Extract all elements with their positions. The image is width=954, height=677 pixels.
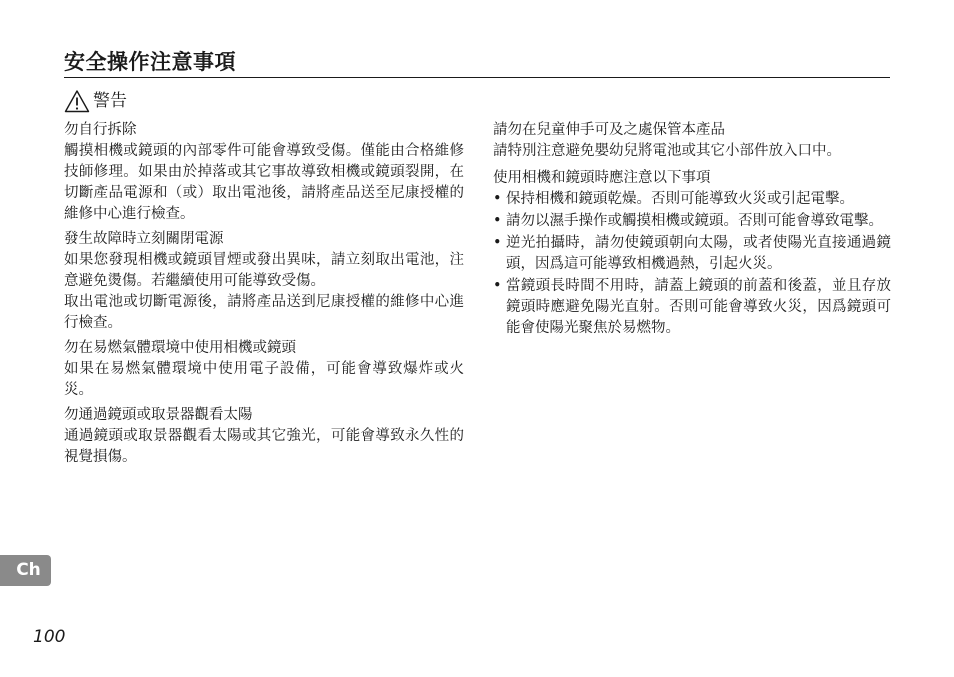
warning-heading: 警告	[64, 89, 127, 113]
section-body: 如果您發現相機或鏡頭冒煙或發出異味，請立刻取出電池，注意避免燙傷。若繼續使用可能…	[64, 250, 464, 292]
warning-label: 警告	[93, 89, 127, 113]
section-do-not-disassemble: 勿自行拆除 觸摸相機或鏡頭的內部零件可能會導致受傷。僅能由合格維修技師修理。如果…	[64, 120, 464, 225]
section-heading: 請勿在兒童伸手可及之處保管本產品	[493, 120, 891, 141]
language-tab-label: Ch	[10, 560, 41, 580]
warning-triangle-icon	[64, 89, 90, 113]
title-divider	[64, 77, 890, 78]
section-usage-precautions: 使用相機和鏡頭時應注意以下事項 •保持相機和鏡頭乾燥。否則可能導致火災或引起電擊…	[493, 168, 891, 339]
list-item: •請勿以濕手操作或觸摸相機或鏡頭。否則可能會導致電擊。	[493, 211, 891, 232]
section-power-off-on-malfunction: 發生故障時立刻關閉電源 如果您發現相機或鏡頭冒煙或發出異味，請立刻取出電池，注意…	[64, 229, 464, 334]
bullet-icon: •	[493, 233, 502, 254]
section-body: 通過鏡頭或取景器觀看太陽或其它強光，可能會導致永久性的視覺損傷。	[64, 426, 464, 468]
list-item: •當鏡頭長時間不用時，請蓋上鏡頭的前蓋和後蓋，並且存放鏡頭時應避免陽光直射。否則…	[493, 276, 891, 339]
section-body: 請特別注意避免嬰幼兒將電池或其它小部件放入口中。	[493, 141, 891, 162]
bullet-icon: •	[493, 211, 502, 232]
section-body: 觸摸相機或鏡頭的內部零件可能會導致受傷。僅能由合格維修技師修理。如果由於掉落或其…	[64, 141, 464, 225]
right-column: 請勿在兒童伸手可及之處保管本產品 請特別注意避免嬰幼兒將電池或其它小部件放入口中…	[493, 120, 891, 343]
page-number: 100	[33, 627, 65, 647]
section-heading: 勿在易燃氣體環境中使用相機或鏡頭	[64, 338, 464, 359]
page-title: 安全操作注意事項	[64, 49, 236, 75]
section-keep-from-children: 請勿在兒童伸手可及之處保管本產品 請特別注意避免嬰幼兒將電池或其它小部件放入口中…	[493, 120, 891, 162]
bullet-icon: •	[493, 189, 502, 210]
list-item-text: 當鏡頭長時間不用時，請蓋上鏡頭的前蓋和後蓋，並且存放鏡頭時應避免陽光直射。否則可…	[506, 278, 891, 336]
section-do-not-view-sun: 勿通過鏡頭或取景器觀看太陽 通過鏡頭或取景器觀看太陽或其它強光，可能會導致永久性…	[64, 405, 464, 468]
section-heading: 發生故障時立刻關閉電源	[64, 229, 464, 250]
list-item: •逆光拍攝時，請勿使鏡頭朝向太陽，或者使陽光直接通過鏡頭，因爲這可能導致相機過熱…	[493, 233, 891, 275]
section-body-continued: 取出電池或切斷電源後，請將產品送到尼康授權的維修中心進行檢查。	[64, 292, 464, 334]
left-column: 勿自行拆除 觸摸相機或鏡頭的內部零件可能會導致受傷。僅能由合格維修技師修理。如果…	[64, 120, 464, 472]
list-item: •保持相機和鏡頭乾燥。否則可能導致火災或引起電擊。	[493, 189, 891, 210]
bullet-icon: •	[493, 276, 502, 297]
section-body: 如果在易燃氣體環境中使用電子設備，可能會導致爆炸或火災。	[64, 359, 464, 401]
section-heading: 勿通過鏡頭或取景器觀看太陽	[64, 405, 464, 426]
list-item-text: 逆光拍攝時，請勿使鏡頭朝向太陽，或者使陽光直接通過鏡頭，因爲這可能導致相機過熱，…	[506, 235, 891, 272]
language-tab: Ch	[0, 555, 51, 586]
section-heading: 勿自行拆除	[64, 120, 464, 141]
list-item-text: 請勿以濕手操作或觸摸相機或鏡頭。否則可能會導致電擊。	[506, 213, 883, 229]
list-item-text: 保持相機和鏡頭乾燥。否則可能導致火災或引起電擊。	[506, 191, 854, 207]
section-heading: 使用相機和鏡頭時應注意以下事項	[493, 168, 891, 189]
precaution-list: •保持相機和鏡頭乾燥。否則可能導致火災或引起電擊。 •請勿以濕手操作或觸摸相機或…	[493, 189, 891, 339]
section-flammable-gas: 勿在易燃氣體環境中使用相機或鏡頭 如果在易燃氣體環境中使用電子設備，可能會導致爆…	[64, 338, 464, 401]
